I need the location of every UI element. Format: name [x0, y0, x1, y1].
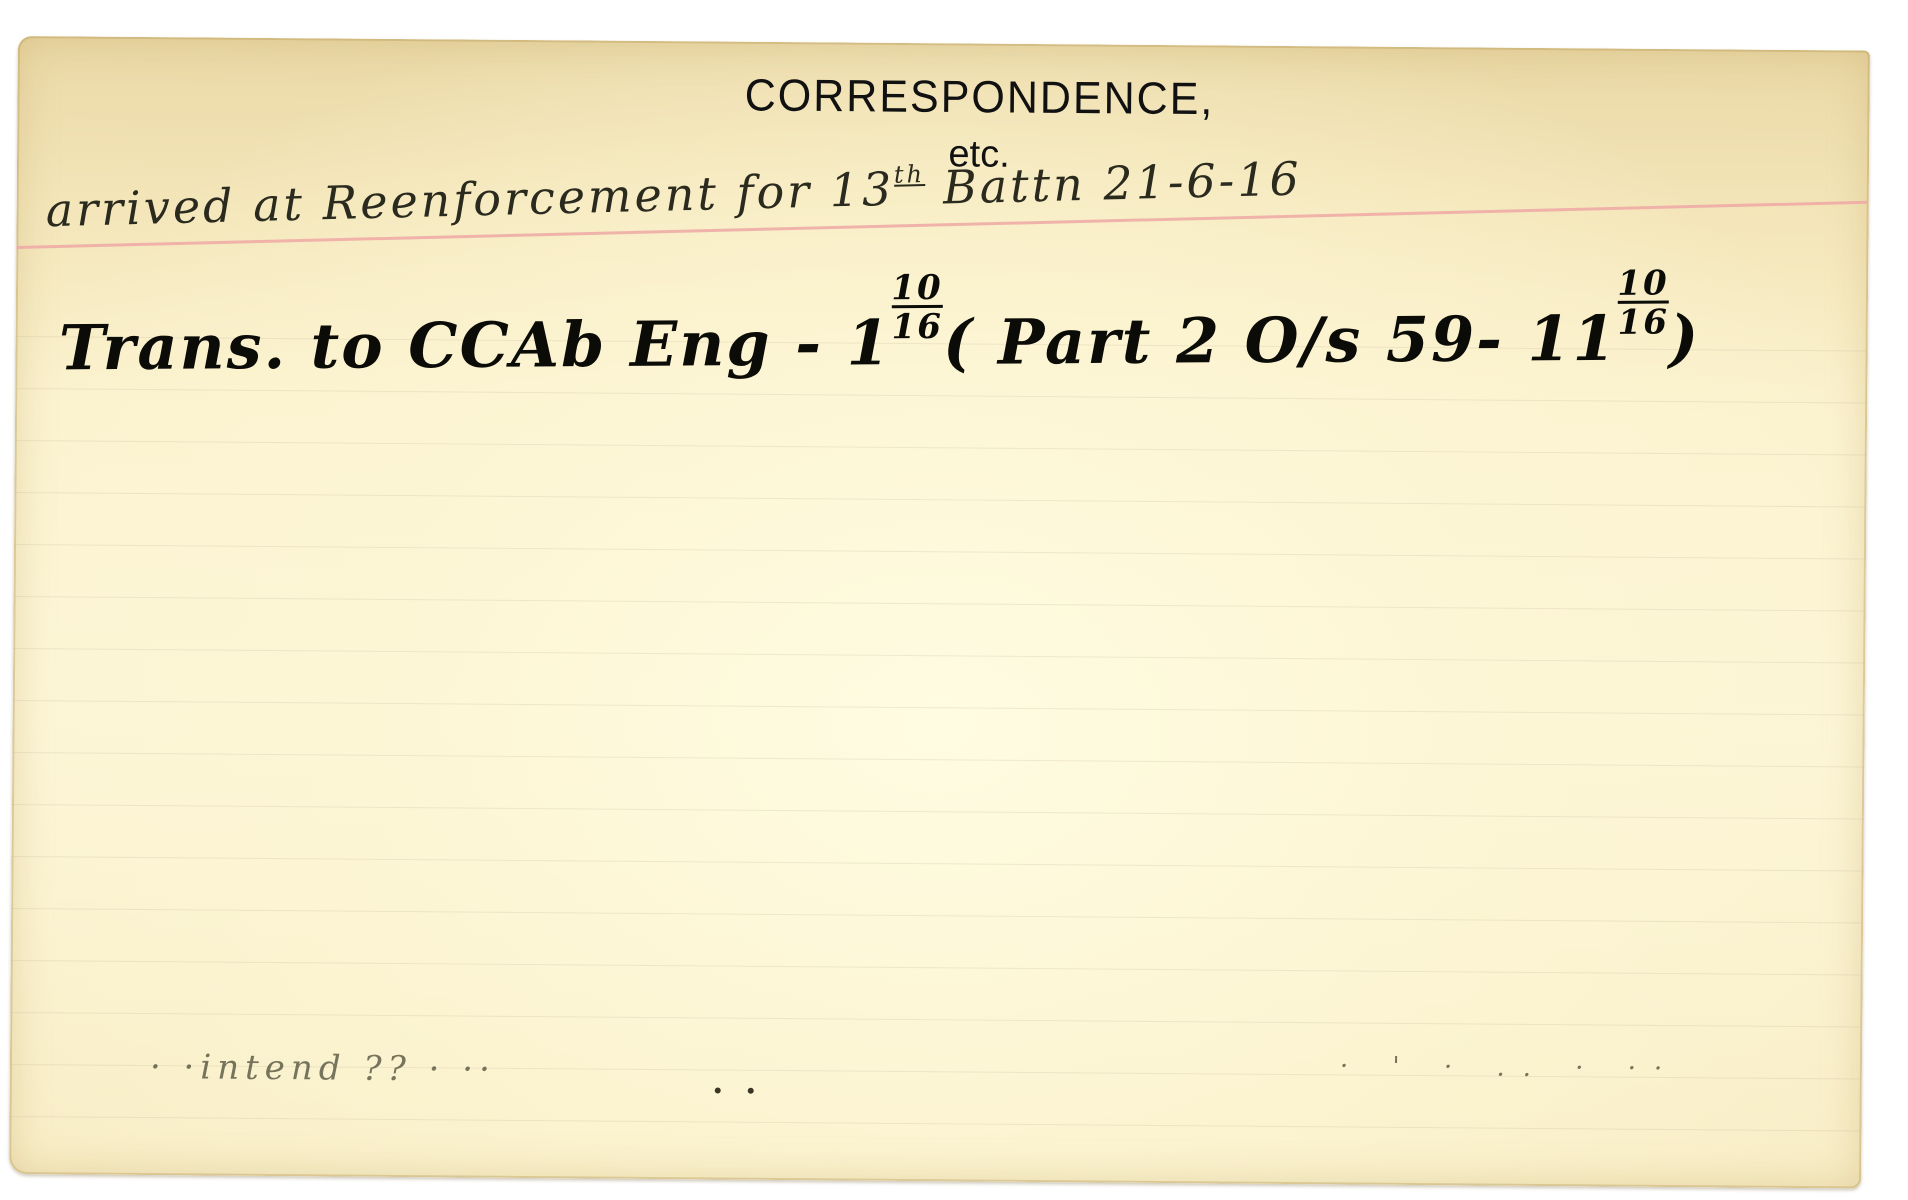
header-title: CORRESPONDENCE,	[53, 65, 1870, 131]
ruled-line	[14, 544, 1866, 560]
ruled-line	[10, 1012, 1862, 1028]
ruled-line	[12, 804, 1864, 820]
entry-superscript: th	[894, 160, 926, 189]
ruled-line	[13, 700, 1865, 716]
ruled-line	[10, 1116, 1862, 1132]
entry-text: arrived at Reenforcement for 13	[45, 162, 895, 237]
ink-speck	[715, 1088, 721, 1094]
entry-text-after: Battn 21-6-16	[925, 151, 1303, 215]
entry-text-after: )	[1669, 301, 1701, 374]
entry-text-mid: ( Part 2 O/s 59- 11	[943, 302, 1618, 379]
ruled-line	[14, 492, 1866, 508]
ruled-line	[13, 648, 1865, 664]
ruled-line	[11, 960, 1863, 976]
faded-ink-marks-left: · ·intend ?? · ··	[150, 1047, 496, 1090]
faded-ink-marks-right: · ' · .. · ··	[1340, 1051, 1681, 1084]
record-card: CORRESPONDENCE, etc. arrived at Reenforc…	[9, 36, 1870, 1189]
date-fraction-2: 1016	[1617, 267, 1669, 340]
ruled-line	[12, 856, 1864, 872]
date-fraction-1: 1016	[891, 271, 943, 344]
entry-text: Trans. to CCAb Eng - 1	[59, 306, 892, 384]
ruled-line	[14, 596, 1866, 612]
ruled-line	[12, 752, 1864, 768]
ruled-line	[15, 440, 1867, 456]
handwritten-entry-transfer: Trans. to CCAb Eng - 11016( Part 2 O/s 5…	[59, 266, 1701, 384]
ruled-line	[15, 388, 1867, 404]
ruled-line	[11, 908, 1863, 924]
ink-speck	[748, 1088, 754, 1094]
